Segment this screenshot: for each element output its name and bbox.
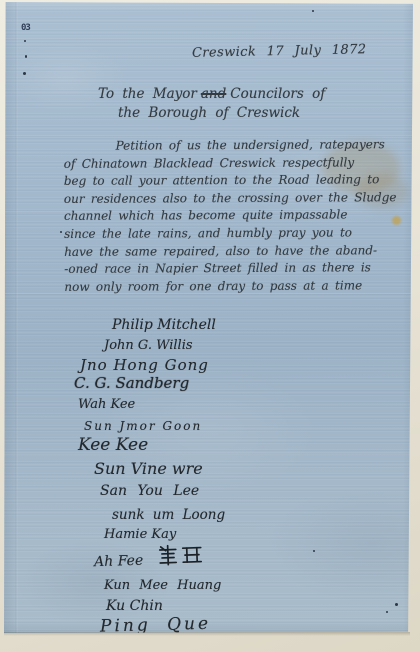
body-line: now only room for one dray to pass at a … [64,277,412,296]
paper-crease [4,38,413,40]
ink-speck [312,10,314,12]
body-line: of Chinatown Blacklead Creswick respectf… [64,154,412,173]
body-line: beg to call your attention to the Road l… [64,171,412,190]
ink-speck [25,55,27,58]
letter-page: 03 Creswick 17 July 1872 To the Mayorand… [4,2,413,633]
ink-speck [386,611,388,613]
ink-speck [60,231,62,233]
salutation-text-before: To the Mayor [98,86,197,102]
salutation-line1: To the MayorandCouncilors of [98,86,325,102]
ink-speck [395,603,398,606]
signature: Ah Fee [94,553,144,571]
ink-speck [313,550,315,552]
body-line: channel which has become quite impassabl… [64,206,412,225]
body-line: Petition of us the undersigned, ratepaye… [64,136,412,155]
signature: Jno Hong Gong [80,356,225,374]
signature: Sun Vine wre [94,460,225,478]
salutation-line2: the Borough of Creswick [118,105,325,121]
signature: Kee Kee [78,436,225,454]
struck-word: and [201,86,226,102]
petition-body: Petition of us the undersigned, ratepaye… [64,136,413,296]
signature: Ku Chin [106,597,225,615]
signature: Kun Mee Huang [104,577,225,595]
body-line: have the same repaired, also to have the… [64,242,412,261]
chinese-characters [157,542,204,568]
signature: sunk um Loong [112,506,225,524]
signature: San You Lee [100,482,225,500]
signature-list: Philip Mitchell John G. Willis Jno Hong … [74,316,225,634]
salutation-text-after: Councilors of [230,86,325,102]
photo-backdrop: 03 Creswick 17 July 1872 To the Mayorand… [0,0,420,652]
paper-drop-shadow [4,632,410,636]
salutation: To the MayorandCouncilors of the Borough… [98,86,325,121]
ink-speck [24,40,26,42]
signature: Philip Mitchell [112,316,225,334]
body-line: since the late rains, and humbly pray yo… [64,224,412,243]
ink-speck [23,72,26,75]
signature: Hamie Kay [104,526,225,544]
body-line: -oned race in Napier Street filled in as… [64,259,412,278]
signature: C. G. Sandberg [74,374,225,392]
signature: Sun Jmor Goon [84,417,225,435]
paper-crease-vertical [15,2,18,633]
archive-number-mark: 03 [21,23,30,33]
signature: John G. Willis [104,337,225,355]
signature: Wah Kee [78,396,225,414]
body-line: our residences also to the crossing over… [64,189,412,208]
signature-with-chinese: Ah Fee [94,542,226,572]
